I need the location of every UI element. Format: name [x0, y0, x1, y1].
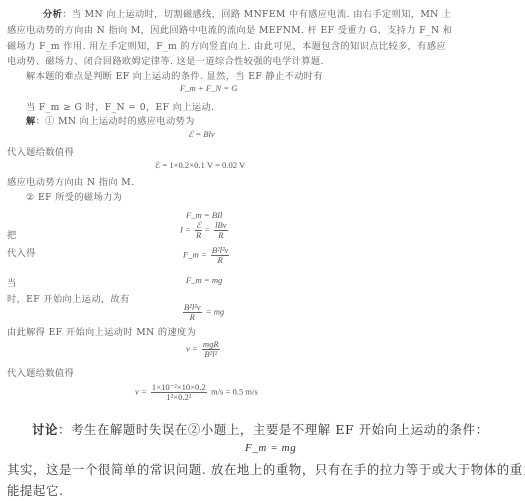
solution-step1: 解：① MN 向上运动时的感应电动势为	[26, 113, 195, 127]
equation-force-2: F_m = B²l²vR	[183, 246, 231, 265]
discussion-line-1: 讨论：考生在解题时失误在②小题上，主要是不理解 EF 开始向上运动的条件：	[32, 420, 489, 438]
difficulty-text: 解本题的难点是判断 EF 向上运动的条件. 显然，当 EF 静止不动时有	[26, 68, 323, 82]
discussion-equation: F_m = mg	[245, 442, 296, 454]
solution-step2: ② EF 所受的磁场力为	[26, 189, 122, 203]
condition-text: 当 F_m ≥ G 时，F_N = 0，EF 向上运动.	[26, 99, 214, 113]
start-text: 时，EF 开始向上运动，故有	[7, 291, 130, 305]
put-label: 把	[7, 227, 17, 241]
analysis-line-3: 磁场力 F_m 作用. 用左手定则知，F_m 的方向竖直向上. 由此可见，本题包…	[7, 38, 446, 52]
equation-emf: ℰ = Blv	[188, 129, 215, 140]
substitute-text-1: 代入题给数值得	[7, 144, 74, 158]
emf-direction-text: 感应电动势方向由 N 指向 M.	[7, 174, 134, 188]
discussion-label: 讨论	[32, 422, 58, 437]
equation-emf-value: ℰ = 1×0.2×0.1 V = 0.02 V	[155, 160, 245, 171]
when-label: 当	[7, 275, 17, 289]
equation-velocity: v = mgRB²l²	[186, 340, 222, 359]
substitute-text-3: 代入题给数值得	[7, 365, 74, 379]
equation-static: F_m + F_N = G	[180, 83, 237, 93]
equation-force: F_m = BIl	[186, 210, 222, 220]
analysis-line-1: 分析：当 MN 向上运动时，切割磁感线，回路 MNFEM 中有感应电流. 由右手…	[43, 6, 451, 20]
equation-balance-2: B²l²vR = mg	[181, 303, 224, 322]
solution-label: 解	[26, 116, 36, 127]
equation-velocity-value: v = 1×10⁻²×10×0.21²×0.2² m/s = 0.5 m/s	[135, 383, 258, 402]
substitute-text-2: 代入得	[7, 245, 36, 259]
analysis-line-2: 感应电动势的方向由 N 指向 M，因此回路中电流的流向是 MEFNM. 杆 EF…	[7, 22, 452, 36]
analysis-line-4: 电动势、磁场力、闭合回路欧姆定律等. 这是一道综合性较强的电学计算题.	[7, 53, 324, 67]
analysis-label: 分析	[43, 9, 62, 20]
equation-balance: F_m = mg	[186, 275, 222, 285]
discussion-line-2: 其实，这是一个很简单的常识问题. 放在地上的重物，只有在手的拉力等于或大于物体的…	[7, 460, 525, 478]
equation-current: I = ℰR= lBvR	[180, 221, 230, 240]
solve-text: 由此解得 EF 开始向上运动时 MN 的速度为	[7, 324, 196, 338]
discussion-line-3: 能提起它.	[7, 481, 64, 499]
